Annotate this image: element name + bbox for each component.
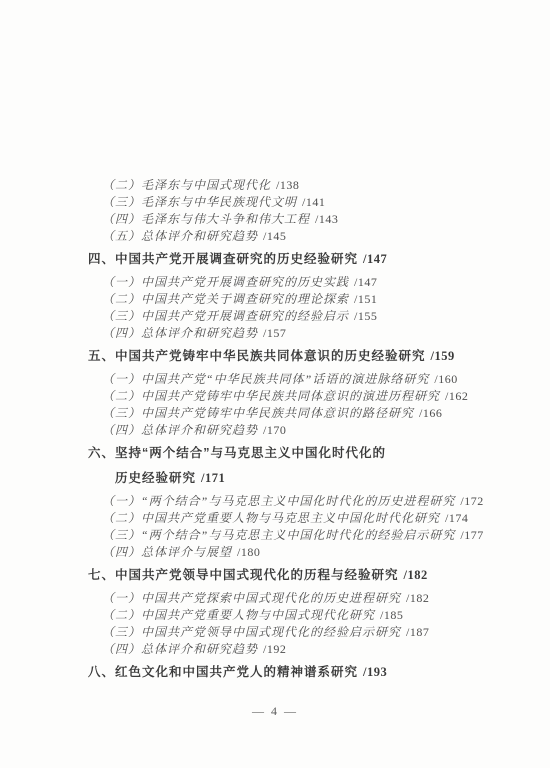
entry-text: 四、中国共产党开展调查研究的历史经验研究 — [88, 252, 358, 266]
entry-text: （一）中国共产党“中华民族共同体”话语的演进脉络研究 — [102, 372, 429, 386]
entry-text: （三）中国共产党领导中国式现代化的经验启示研究 — [102, 625, 401, 639]
document-page: （二）毛泽东与中国式现代化/138 （三）毛泽东与中华民族现代文明/141 （四… — [0, 0, 550, 768]
entry-page-number: /162 — [445, 389, 468, 403]
entry-page-number: /177 — [460, 528, 483, 542]
entry-text: （三）毛泽东与中华民族现代文明 — [102, 195, 297, 209]
entry-text: 五、中国共产党铸牢中华民族共同体意识的历史经验研究 — [88, 349, 426, 363]
entry-page-number: /138 — [276, 178, 299, 192]
entry-text: （四）总体评介和研究趋势 — [102, 423, 258, 437]
entry-page-number: /182 — [406, 591, 429, 605]
entry-page-number: /159 — [431, 349, 455, 363]
toc-item-row: （四）总体评介与展望/180 — [0, 544, 550, 561]
toc-item-row: （三）“两个结合”与马克思主义中国化时代化的经验启示研究/177 — [0, 527, 550, 544]
entry-text: （四）总体评介与展望 — [102, 545, 232, 559]
entry-text: （一）中国共产党开展调查研究的历史实践 — [102, 275, 349, 289]
entry-page-number: /143 — [315, 212, 338, 226]
toc-item-row: （一）中国共产党探索中国式现代化的历史进程研究/182 — [0, 590, 550, 607]
toc-item-row: （二）中国共产党关于调查研究的理论探索/151 — [0, 291, 550, 308]
entry-text: 七、中国共产党领导中国式现代化的历程与经验研究 — [88, 568, 399, 582]
toc-item-row: （三）中国共产党领导中国式现代化的经验启示研究/187 — [0, 624, 550, 641]
toc-item-row: （三）中国共产党铸牢中华民族共同体意识的路径研究/166 — [0, 405, 550, 422]
toc-item-row: （一）中国共产党开展调查研究的历史实践/147 — [0, 274, 550, 291]
toc-item-row: （二）中国共产党铸牢中华民族共同体意识的演进历程研究/162 — [0, 388, 550, 405]
entry-text: （四）毛泽东与伟大斗争和伟大工程 — [102, 212, 310, 226]
entry-text: 六、坚持“两个结合”与马克思主义中国化时代化的 — [88, 446, 386, 460]
toc-item-row: （一）“两个结合”与马克思主义中国化时代化的历史进程研究/172 — [0, 493, 550, 510]
entry-page-number: /180 — [237, 545, 260, 559]
toc-item-row: （四）总体评介和研究趋势/192 — [0, 641, 550, 658]
entry-text: 历史经验研究 — [115, 471, 196, 485]
entry-page-number: /171 — [201, 471, 225, 485]
entry-page-number: /151 — [354, 292, 377, 306]
toc-chapter-row: 七、中国共产党领导中国式现代化的历程与经验研究/182 — [0, 565, 550, 586]
table-of-contents: （二）毛泽东与中国式现代化/138 （三）毛泽东与中华民族现代文明/141 （四… — [0, 177, 550, 687]
entry-text: （四）总体评介和研究趋势 — [102, 326, 258, 340]
entry-text: （四）总体评介和研究趋势 — [102, 642, 258, 656]
toc-item-row: （四）毛泽东与伟大斗争和伟大工程/143 — [0, 211, 550, 228]
entry-page-number: /170 — [263, 423, 286, 437]
toc-item-row: （四）总体评介和研究趋势/157 — [0, 325, 550, 342]
entry-page-number: /155 — [354, 309, 377, 323]
entry-text: 八、红色文化和中国共产党人的精神谱系研究 — [88, 665, 358, 679]
entry-text: （一）“两个结合”与马克思主义中国化时代化的历史进程研究 — [102, 494, 455, 508]
entry-text: （三）中国共产党开展调查研究的经验启示 — [102, 309, 349, 323]
entry-text: （二）中国共产党铸牢中华民族共同体意识的演进历程研究 — [102, 389, 440, 403]
entry-text: （一）中国共产党探索中国式现代化的历史进程研究 — [102, 591, 401, 605]
entry-page-number: /166 — [419, 406, 442, 420]
toc-item-row: （二）中国共产党重要人物与中国式现代化研究/185 — [0, 607, 550, 624]
entry-text: （二）中国共产党关于调查研究的理论探索 — [102, 292, 349, 306]
entry-page-number: /187 — [406, 625, 429, 639]
entry-page-number: /192 — [263, 642, 286, 656]
toc-item-row: （五）总体评介和研究趋势/145 — [0, 228, 550, 245]
toc-item-row: （一）中国共产党“中华民族共同体”话语的演进脉络研究/160 — [0, 371, 550, 388]
toc-item-row: （四）总体评介和研究趋势/170 — [0, 422, 550, 439]
entry-text: （三）“两个结合”与马克思主义中国化时代化的经验启示研究 — [102, 528, 455, 542]
entry-text: （二）中国共产党重要人物与马克思主义中国化时代化研究 — [102, 511, 440, 525]
entry-page-number: /172 — [460, 494, 483, 508]
toc-chapter-continuation-row: 历史经验研究/171 — [0, 468, 550, 489]
toc-item-row: （三）中国共产党开展调查研究的经验启示/155 — [0, 308, 550, 325]
entry-text: （三）中国共产党铸牢中华民族共同体意识的路径研究 — [102, 406, 414, 420]
entry-page-number: /160 — [434, 372, 457, 386]
page-number-footer: — 4 — — [0, 704, 550, 719]
entry-text: （五）总体评介和研究趋势 — [102, 229, 258, 243]
entry-page-number: /147 — [363, 252, 387, 266]
entry-text: （二）中国共产党重要人物与中国式现代化研究 — [102, 608, 375, 622]
entry-page-number: /141 — [302, 195, 325, 209]
entry-page-number: /193 — [363, 665, 387, 679]
toc-chapter-row: 四、中国共产党开展调查研究的历史经验研究/147 — [0, 249, 550, 270]
entry-page-number: /147 — [354, 275, 377, 289]
toc-item-row: （二）中国共产党重要人物与马克思主义中国化时代化研究/174 — [0, 510, 550, 527]
toc-item-row: （二）毛泽东与中国式现代化/138 — [0, 177, 550, 194]
toc-chapter-row: 八、红色文化和中国共产党人的精神谱系研究/193 — [0, 662, 550, 683]
entry-page-number: /185 — [380, 608, 403, 622]
toc-chapter-row: 五、中国共产党铸牢中华民族共同体意识的历史经验研究/159 — [0, 346, 550, 367]
entry-page-number: /174 — [445, 511, 468, 525]
toc-item-row: （三）毛泽东与中华民族现代文明/141 — [0, 194, 550, 211]
entry-text: （二）毛泽东与中国式现代化 — [102, 178, 271, 192]
entry-page-number: /145 — [263, 229, 286, 243]
entry-page-number: /182 — [404, 568, 428, 582]
entry-page-number: /157 — [263, 326, 286, 340]
toc-chapter-row: 六、坚持“两个结合”与马克思主义中国化时代化的 — [0, 443, 550, 464]
